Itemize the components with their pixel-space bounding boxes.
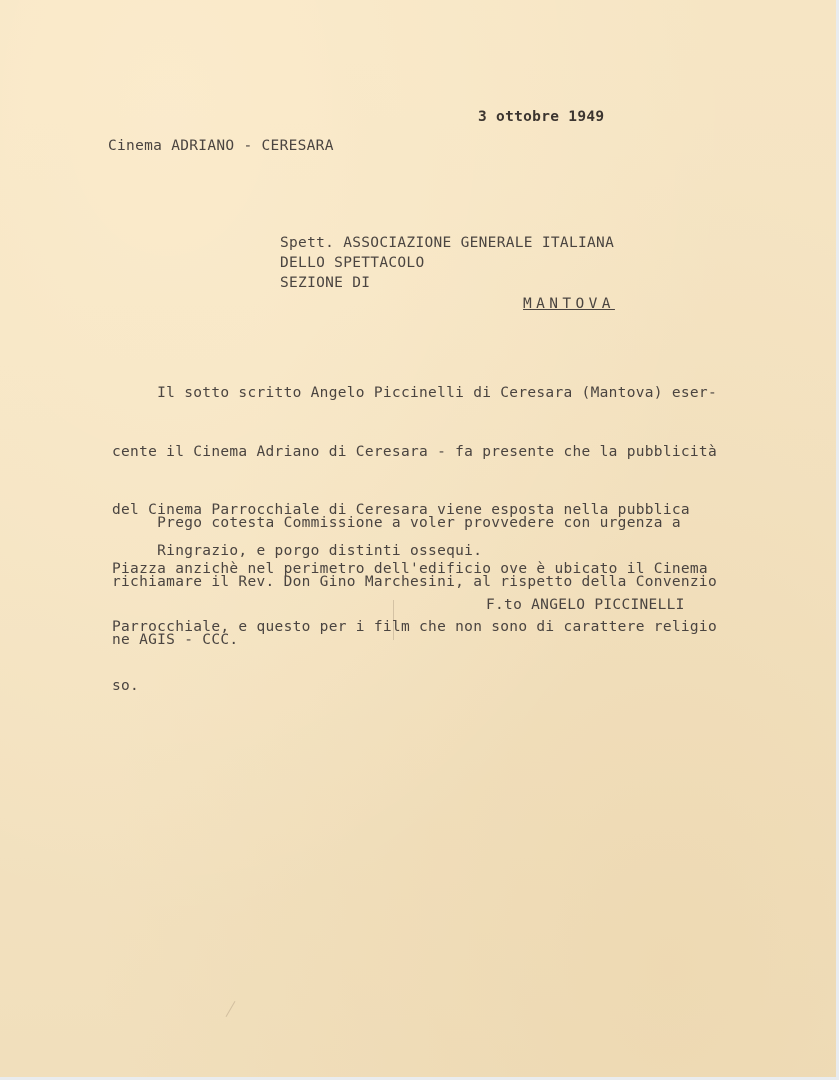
body-line: ne AGIS - CCC. bbox=[112, 631, 717, 651]
letter-sender: Cinema ADRIANO - CERESARA bbox=[108, 137, 334, 157]
body-paragraph-2: Prego cotesta Commissione a voler provve… bbox=[112, 475, 717, 690]
paper-mark bbox=[226, 1001, 236, 1017]
letter-page: 3 ottobre 1949 Cinema ADRIANO - CERESARA… bbox=[0, 0, 839, 1080]
body-line: richiamare il Rev. Don Gino Marchesini, … bbox=[112, 573, 717, 593]
body-line: Prego cotesta Commissione a voler provve… bbox=[112, 514, 717, 534]
signature: F.to ANGELO PICCINELLI bbox=[486, 596, 685, 616]
recipient-line-2: DELLO SPETTACOLO bbox=[280, 254, 424, 274]
letter-date: 3 ottobre 1949 bbox=[478, 108, 604, 128]
recipient-line-3: SEZIONE DI bbox=[280, 274, 370, 294]
recipient-city: MANTOVA bbox=[523, 295, 615, 315]
body-line: cente il Cinema Adriano di Ceresara - fa… bbox=[112, 443, 717, 463]
recipient-line-1: Spett. ASSOCIAZIONE GENERALE ITALIANA bbox=[280, 234, 614, 254]
body-line: Il sotto scritto Angelo Piccinelli di Ce… bbox=[112, 384, 717, 404]
paper-mark bbox=[393, 600, 394, 640]
closing-line: Ringrazio, e porgo distinti ossequi. bbox=[112, 542, 482, 562]
